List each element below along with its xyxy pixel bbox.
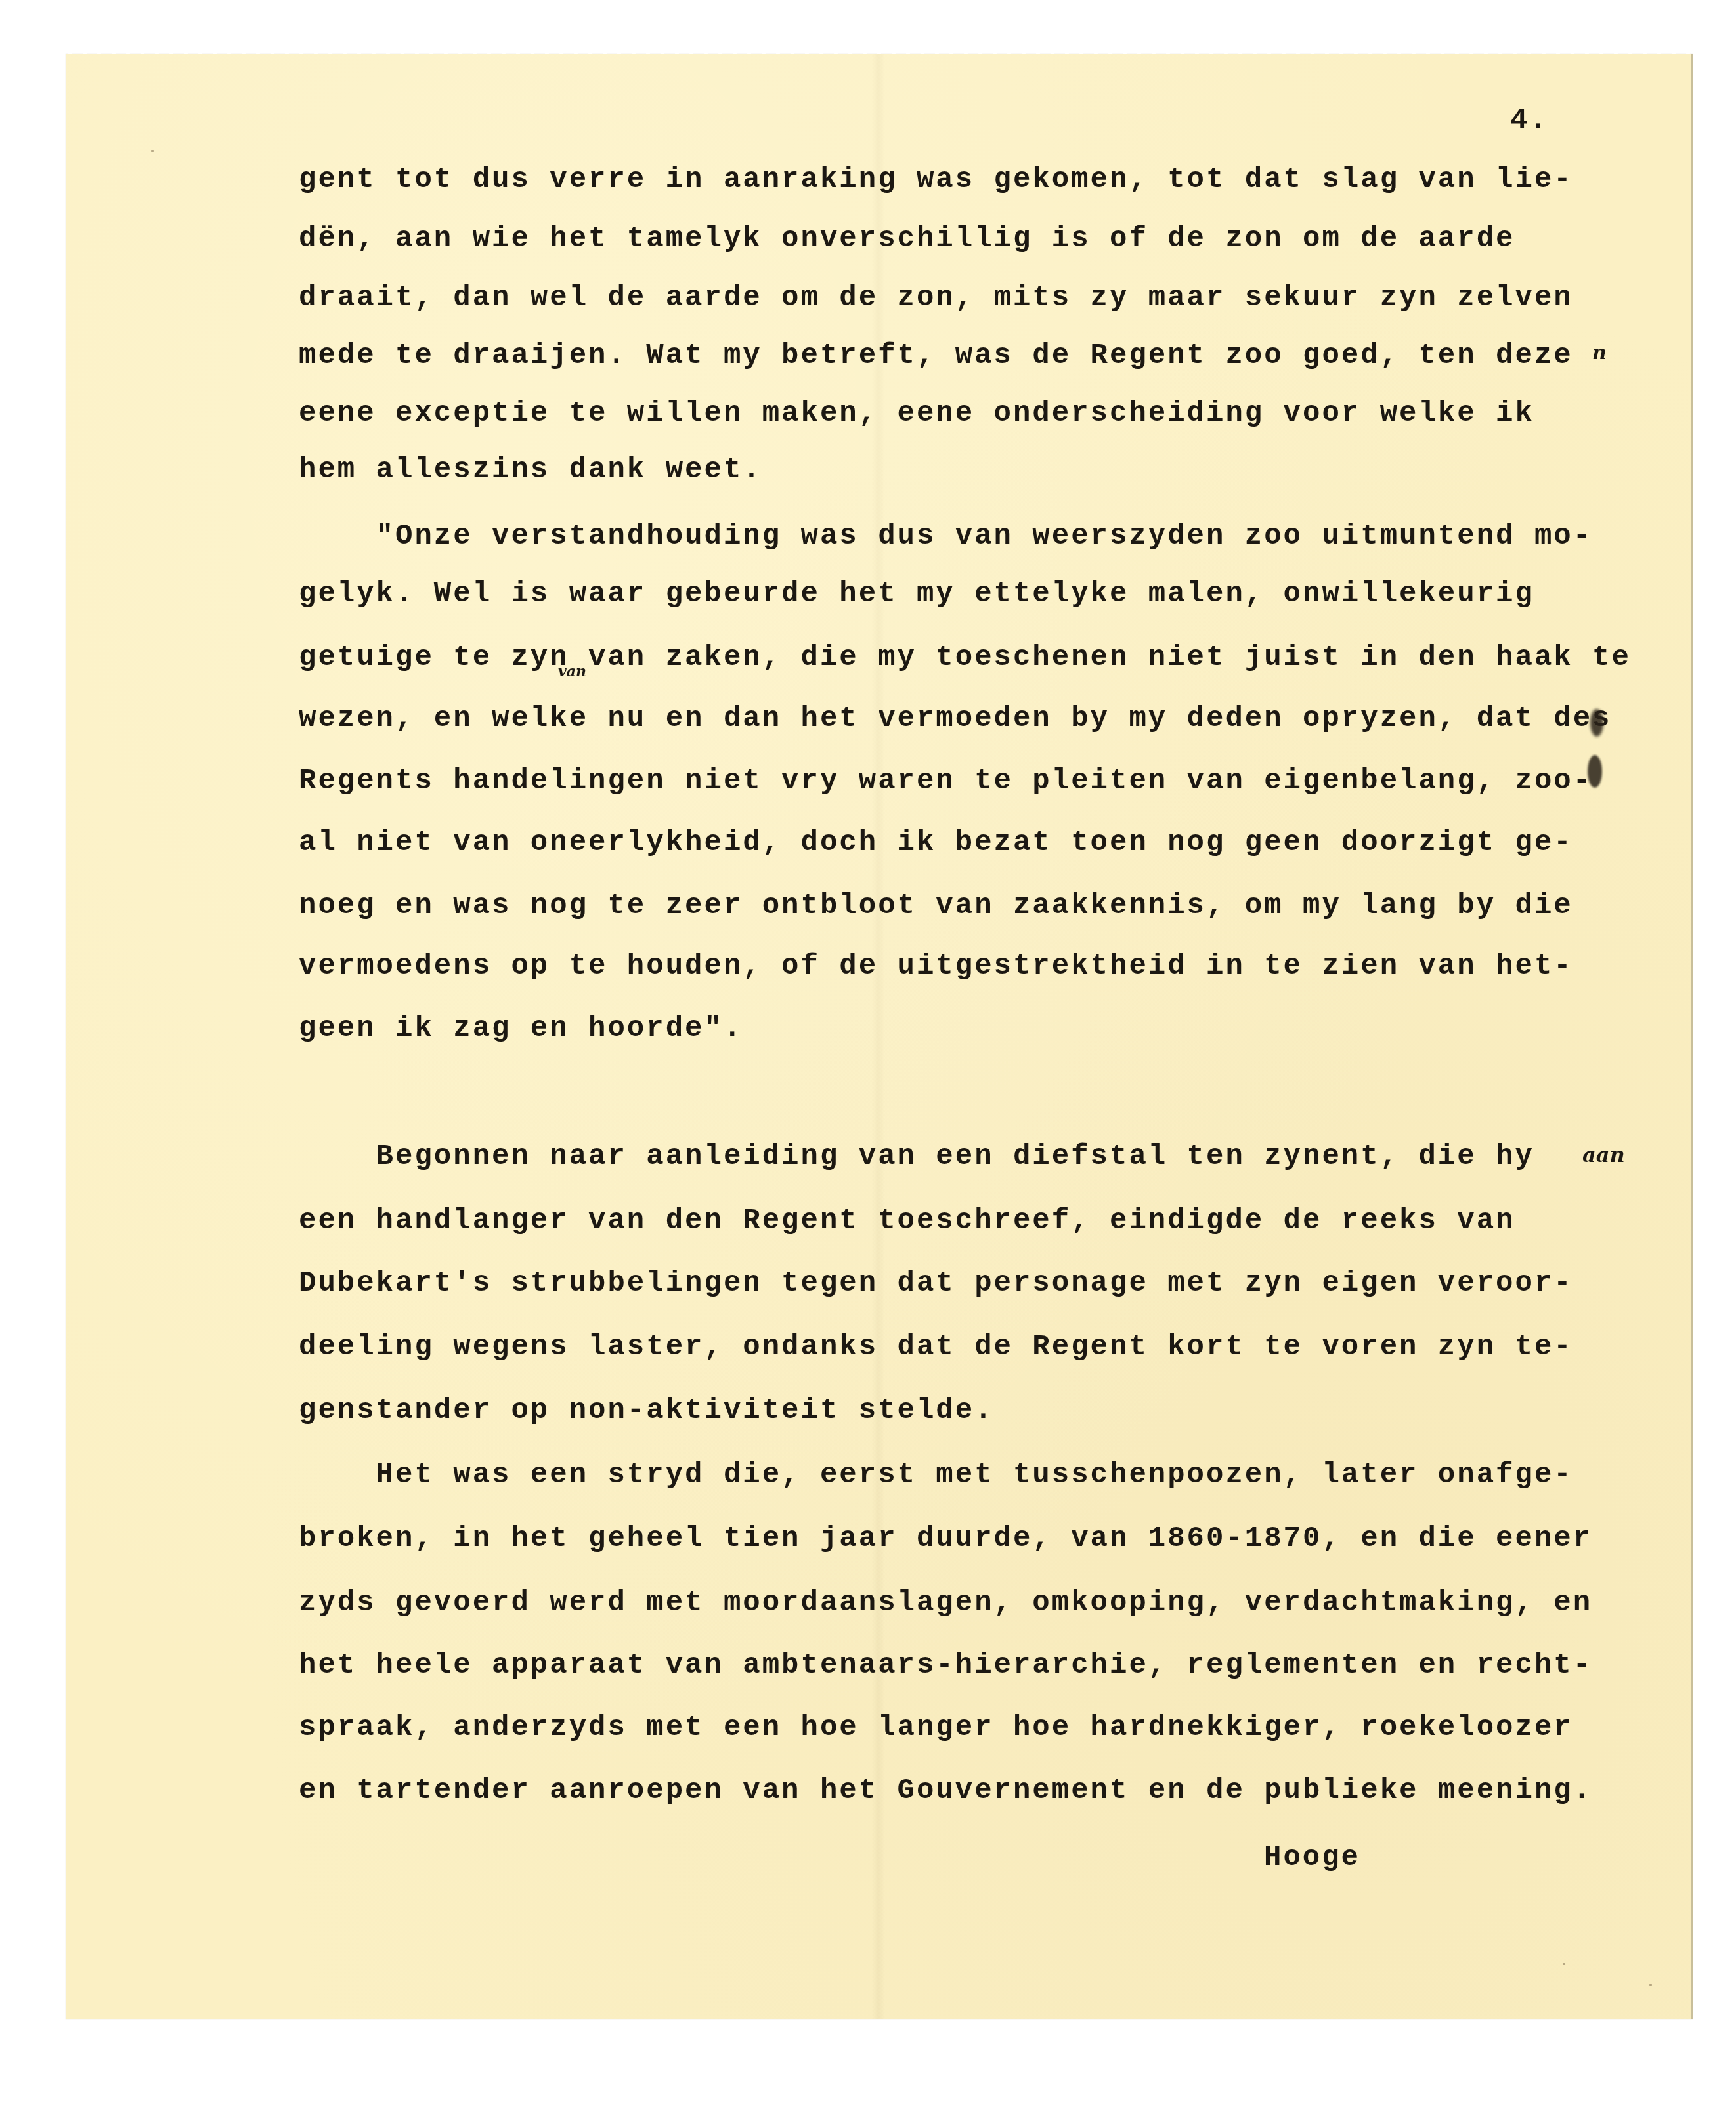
- text-line: Dubekart's strubbelingen tegen dat perso…: [299, 1269, 1573, 1298]
- perforated-top-edge: [66, 50, 1691, 55]
- catchword: Hooge: [1264, 1843, 1360, 1872]
- text-line: gent tot dus verre in aanraking was geko…: [299, 165, 1573, 194]
- text-line: en tartender aanroepen van het Gouvernem…: [299, 1776, 1592, 1805]
- text-line: broken, in het geheel tien jaar duurde, …: [299, 1524, 1592, 1553]
- text-line: dën, aan wie het tamelyk onverschillig i…: [299, 225, 1515, 253]
- text-line: vermoedens op te houden, of de uitgestre…: [299, 952, 1573, 981]
- page-number: 4.: [1510, 106, 1549, 135]
- paper-speck: [151, 150, 154, 152]
- text-line: Het was een stryd die, eerst met tussche…: [299, 1461, 1573, 1490]
- text-line: spraak, anderzyds met een hoe langer hoe…: [299, 1713, 1573, 1742]
- text-line: hem alleszins dank weet.: [299, 456, 762, 484]
- text-line: al niet van oneerlykheid, doch ik bezat …: [299, 828, 1573, 857]
- text-line: gelyk. Wel is waar gebeurde het my ettel…: [299, 580, 1534, 609]
- text-line: eene exceptie te willen maken, eene onde…: [299, 399, 1534, 428]
- text-line: geen ik zag en hoorde".: [299, 1014, 743, 1043]
- paper-speck: [1649, 1984, 1652, 1986]
- text-line: noeg en was nog te zeer ontbloot van zaa…: [299, 891, 1573, 920]
- text-line: het heele apparaat van ambtenaars-hierar…: [299, 1651, 1592, 1680]
- text-line: "Onze verstandhouding was dus van weersz…: [299, 522, 1592, 551]
- text-line: mede te draaijen. Wat my betreft, was de…: [299, 341, 1573, 370]
- text-line: draait, dan wel de aarde om de zon, mits…: [299, 284, 1573, 312]
- text-line: zyds gevoerd werd met moordaanslagen, om…: [299, 1589, 1592, 1618]
- text-line: Regents handelingen niet vry waren te pl…: [299, 767, 1592, 796]
- text-line: Begonnen naar aanleiding van een diefsta…: [299, 1142, 1534, 1171]
- text-line: wezen, en welke nu en dan het vermoeden …: [299, 704, 1612, 733]
- ink-blot-icon: [1590, 709, 1603, 737]
- text-line: een handlanger van den Regent toeschreef…: [299, 1207, 1515, 1235]
- text-line: genstander op non-aktiviteit stelde.: [299, 1396, 994, 1425]
- handwritten-correction-n: n: [1592, 341, 1607, 364]
- handwritten-correction-van: van: [558, 663, 586, 680]
- paper-speck: [1563, 1963, 1565, 1965]
- text-line: deeling wegens laster, ondanks dat de Re…: [299, 1333, 1573, 1362]
- ink-blot-icon: [1588, 755, 1602, 788]
- text-line: getuige te zyn van zaken, die my toesche…: [299, 643, 1631, 672]
- handwritten-correction-aan: aan: [1582, 1142, 1625, 1167]
